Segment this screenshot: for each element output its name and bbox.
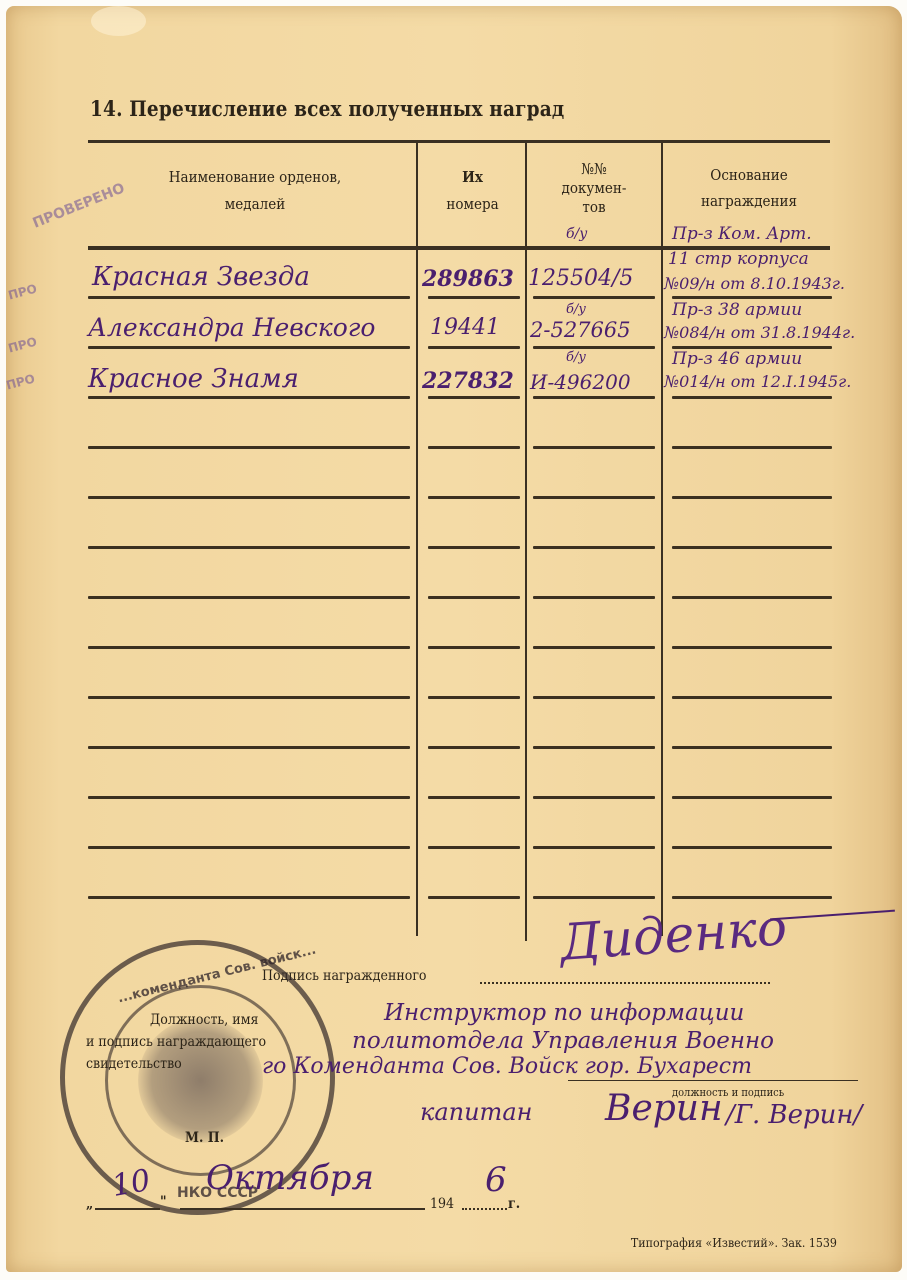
row2-basis-line2: №084/н от 31.8.1944г. bbox=[664, 323, 855, 342]
date-month-line bbox=[180, 1208, 425, 1210]
row3-basis-line2: №014/н от 12.I.1945г. bbox=[664, 372, 851, 391]
row-rule bbox=[88, 496, 410, 499]
row-rule bbox=[88, 646, 410, 649]
row-rule bbox=[88, 596, 410, 599]
row-rule bbox=[672, 896, 832, 899]
row-rule bbox=[428, 596, 520, 599]
header-documents-line2: докумен- bbox=[535, 179, 654, 198]
row-rule bbox=[533, 746, 655, 749]
date-close-quote: " bbox=[160, 1194, 167, 1210]
date-day: 10 bbox=[109, 1163, 153, 1204]
date-day-line bbox=[95, 1208, 160, 1210]
date-year-suffix: г. bbox=[508, 1196, 520, 1212]
row-rule bbox=[428, 796, 520, 799]
date-open-quote: „ bbox=[86, 1196, 93, 1212]
row3-award: Красное Знамя bbox=[88, 364, 299, 394]
issuer-name: /Г. Верин/ bbox=[726, 1100, 862, 1130]
issuer-label-line2: и подпись награждающего bbox=[86, 1034, 266, 1050]
column-divider-3 bbox=[661, 141, 663, 936]
issuer-signature: Верин bbox=[605, 1088, 723, 1129]
row2-document: 2-527665 bbox=[530, 318, 631, 342]
row-rule bbox=[672, 396, 832, 399]
row-rule bbox=[88, 746, 410, 749]
row-rule bbox=[672, 596, 832, 599]
date-year-digit: 6 bbox=[485, 1160, 507, 1200]
column-divider-2 bbox=[525, 141, 527, 941]
row-rule bbox=[428, 396, 520, 399]
row-rule bbox=[533, 296, 655, 299]
row-rule bbox=[672, 796, 832, 799]
row-rule bbox=[88, 846, 410, 849]
date-month: Октября bbox=[206, 1158, 374, 1198]
date-year-prefix: 194 bbox=[430, 1196, 454, 1212]
row3-basis-line1: Пр-з 46 армии bbox=[672, 349, 802, 369]
row-rule bbox=[428, 696, 520, 699]
row1-basis-line1: Пр-з Ком. Арт. bbox=[672, 224, 812, 244]
header-documents-line1: №№ bbox=[535, 160, 654, 179]
seal-place-label: М. П. bbox=[185, 1130, 224, 1146]
row-rule bbox=[533, 696, 655, 699]
header-award-name-line2: медалей bbox=[125, 193, 386, 215]
row2-number: 19441 bbox=[430, 315, 500, 340]
row-rule bbox=[88, 896, 410, 899]
row-rule bbox=[88, 546, 410, 549]
row-rule bbox=[533, 596, 655, 599]
header-basis-line1: Основание bbox=[673, 164, 826, 186]
header-basis-line2: награждения bbox=[673, 190, 826, 212]
row-rule bbox=[672, 696, 832, 699]
row-rule bbox=[672, 746, 832, 749]
row-rule bbox=[533, 396, 655, 399]
header-numbers-line2: номера bbox=[425, 193, 520, 215]
row-rule bbox=[428, 646, 520, 649]
row3-document: И-496200 bbox=[530, 370, 631, 394]
row-rule bbox=[428, 846, 520, 849]
row1-award: Красная Звезда bbox=[92, 262, 310, 292]
header-award-name: Наименование орденов, медалей bbox=[125, 166, 386, 215]
row1-document: 125504/5 bbox=[528, 266, 633, 291]
row-rule bbox=[672, 846, 832, 849]
row1-basis-line2: 11 стр корпуса bbox=[668, 249, 809, 269]
row3-doc-prefix: б/у bbox=[566, 350, 586, 365]
row-rule bbox=[428, 496, 520, 499]
row-rule bbox=[88, 796, 410, 799]
row1-number: 289863 bbox=[422, 266, 514, 292]
row-rule bbox=[533, 846, 655, 849]
section-title: 14. Перечисление всех полученных наград bbox=[90, 96, 564, 121]
table-top-rule bbox=[88, 140, 830, 143]
row-rule bbox=[88, 446, 410, 449]
row-rule bbox=[428, 296, 520, 299]
row-rule bbox=[88, 696, 410, 699]
issuer-label-line3: свидетельство bbox=[86, 1056, 182, 1072]
row2-award: Александра Невского bbox=[88, 313, 375, 342]
date-year-line bbox=[462, 1208, 507, 1210]
row-rule bbox=[533, 546, 655, 549]
issuer-label-line1: Должность, имя bbox=[150, 1012, 258, 1028]
issuer-position-line2: политотдела Управления Военно bbox=[352, 1028, 774, 1054]
printer-imprint: Типография «Известий». Зак. 1539 bbox=[631, 1236, 837, 1250]
row-rule bbox=[428, 546, 520, 549]
row2-basis-line1: Пр-з 38 армии bbox=[672, 300, 802, 320]
issuer-position-underline bbox=[568, 1080, 858, 1081]
row-rule bbox=[428, 896, 520, 899]
row2-doc-prefix: б/у bbox=[566, 302, 586, 317]
row1-basis-line3: №09/н от 8.10.1943г. bbox=[664, 274, 845, 293]
row-rule bbox=[428, 446, 520, 449]
row-rule bbox=[533, 496, 655, 499]
issuer-position-line1: Инструктор по информации bbox=[384, 1000, 744, 1026]
row-rule bbox=[88, 296, 410, 299]
row-rule bbox=[672, 646, 832, 649]
header-documents-line3: тов bbox=[535, 198, 654, 217]
row-rule bbox=[672, 546, 832, 549]
row-rule bbox=[672, 496, 832, 499]
issuer-rank: капитан bbox=[420, 1098, 532, 1126]
row-rule bbox=[533, 896, 655, 899]
row3-number: 227832 bbox=[422, 368, 514, 394]
row-rule bbox=[533, 796, 655, 799]
row-rule bbox=[428, 346, 520, 349]
row1-doc-prefix: б/у bbox=[566, 226, 587, 242]
row-rule bbox=[672, 296, 832, 299]
column-divider-1 bbox=[416, 141, 418, 936]
header-award-name-line1: Наименование орденов, bbox=[125, 166, 386, 188]
row-rule bbox=[672, 446, 832, 449]
row-rule bbox=[88, 346, 410, 349]
header-documents: №№ докумен- тов bbox=[535, 160, 654, 217]
row-rule bbox=[533, 346, 655, 349]
header-basis: Основание награждения bbox=[673, 164, 826, 212]
recipient-signature-line bbox=[480, 982, 770, 984]
paper-stain bbox=[91, 6, 146, 36]
row-rule bbox=[533, 646, 655, 649]
row-rule bbox=[533, 446, 655, 449]
header-numbers: Их номера bbox=[425, 166, 520, 215]
row-rule bbox=[88, 396, 410, 399]
row-rule bbox=[428, 746, 520, 749]
issuer-position-line3: го Коменданта Сов. Войск гор. Бухарест bbox=[262, 1054, 752, 1079]
header-numbers-line1: Их bbox=[425, 166, 520, 188]
